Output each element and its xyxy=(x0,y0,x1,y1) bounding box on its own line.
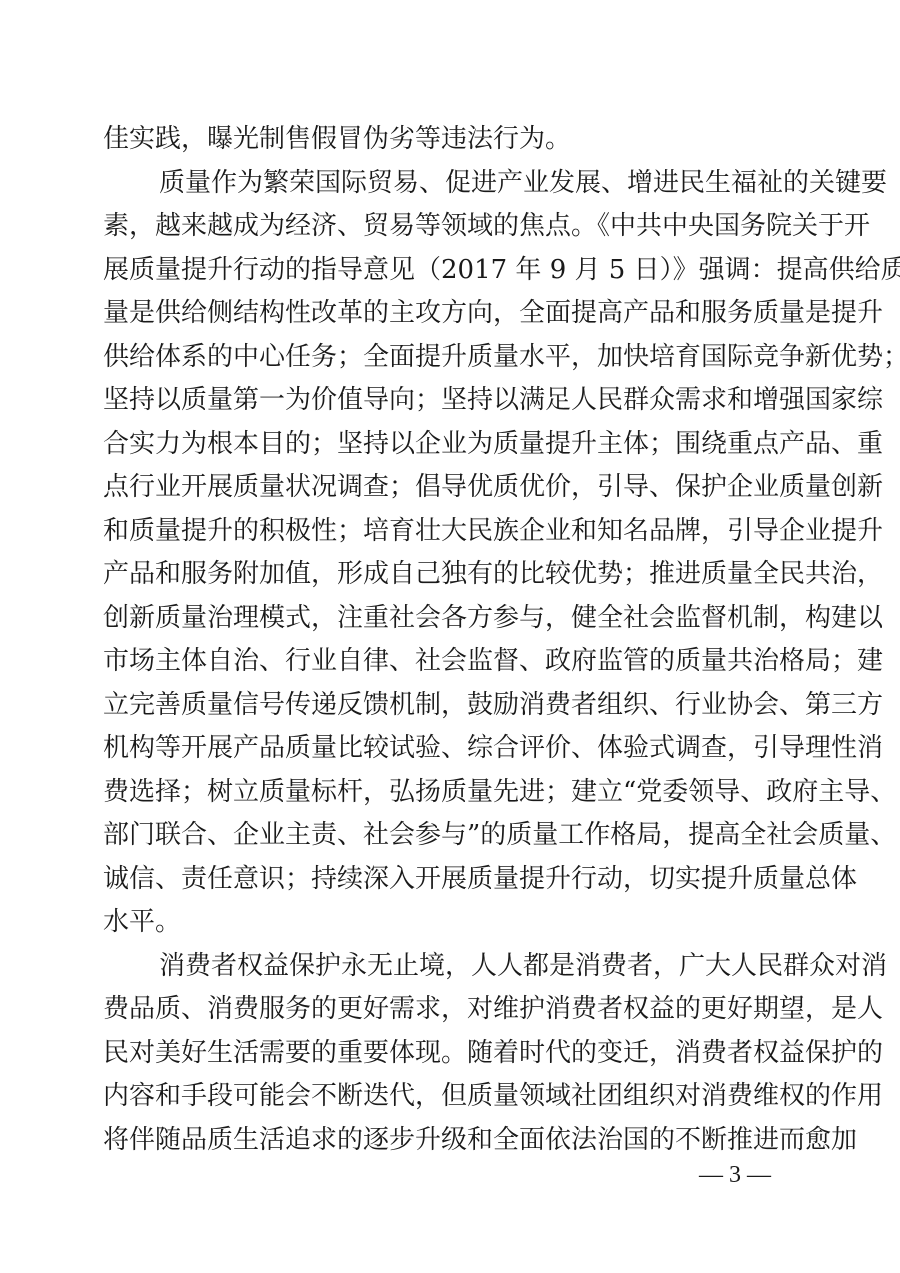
text-line: 市场主体自治、行业自律、社会监督、政府监管的质量共治格局；建 xyxy=(103,640,799,684)
text-line: 部门联合、企业主责、社会参与”的质量工作格局，提高全社会质量、 xyxy=(103,814,799,858)
body-text: 佳实践，曝光制售假冒伪劣等违法行为。 质量作为繁荣国际贸易、促进产业发展、增进民… xyxy=(103,118,799,1162)
text-line: 消费者权益保护永无止境，人人都是消费者，广大人民群众对消 xyxy=(103,945,799,989)
text-line: 合实力为根本目的；坚持以企业为质量提升主体；围绕重点产品、重 xyxy=(103,423,799,467)
page-number: — 3 — xyxy=(680,1162,790,1189)
text-line: 机构等开展产品质量比较试验、综合评价、体验式调查，引导理性消 xyxy=(103,727,799,771)
text-line: 坚持以质量第一为价值导向；坚持以满足人民群众需求和增强国家综 xyxy=(103,379,799,423)
text-line: 素，越来越成为经济、贸易等领域的焦点。《中共中央国务院关于开 xyxy=(103,205,799,249)
text-line: 展质量提升行动的指导意见（2017 年 9 月 5 日）》强调：提高供给质 xyxy=(103,249,799,293)
text-line: 民对美好生活需要的重要体现。随着时代的变迁，消费者权益保护的 xyxy=(103,1032,799,1076)
text-line: 和质量提升的积极性；培育壮大民族企业和知名品牌，引导企业提升 xyxy=(103,510,799,554)
text-line: 立完善质量信号传递反馈机制，鼓励消费者组织、行业协会、第三方 xyxy=(103,684,799,728)
text-line: 创新质量治理模式，注重社会各方参与，健全社会监督机制，构建以 xyxy=(103,597,799,641)
document-page: 佳实践，曝光制售假冒伪劣等违法行为。 质量作为繁荣国际贸易、促进产业发展、增进民… xyxy=(0,0,900,1273)
text-line: 将伴随品质生活追求的逐步升级和全面依法治国的不断推进而愈加 xyxy=(103,1119,799,1163)
text-line: 水平。 xyxy=(103,901,799,945)
text-line: 供给体系的中心任务；全面提升质量水平，加快培育国际竞争新优势； xyxy=(103,336,799,380)
text-line: 费选择；树立质量标杆，弘扬质量先进；建立“党委领导、政府主导、 xyxy=(103,771,799,815)
text-line: 内容和手段可能会不断迭代，但质量领域社团组织对消费维权的作用 xyxy=(103,1075,799,1119)
text-line: 产品和服务附加值，形成自己独有的比较优势；推进质量全民共治， xyxy=(103,553,799,597)
text-line: 质量作为繁荣国际贸易、促进产业发展、增进民生福祉的关键要 xyxy=(103,162,799,206)
text-line: 佳实践，曝光制售假冒伪劣等违法行为。 xyxy=(103,118,799,162)
text-line: 费品质、消费服务的更好需求，对维护消费者权益的更好期望，是人 xyxy=(103,988,799,1032)
text-line: 点行业开展质量状况调查；倡导优质优价，引导、保护企业质量创新 xyxy=(103,466,799,510)
text-line: 量是供给侧结构性改革的主攻方向，全面提高产品和服务质量是提升 xyxy=(103,292,799,336)
text-line: 诚信、责任意识；持续深入开展质量提升行动，切实提升质量总体 xyxy=(103,858,799,902)
